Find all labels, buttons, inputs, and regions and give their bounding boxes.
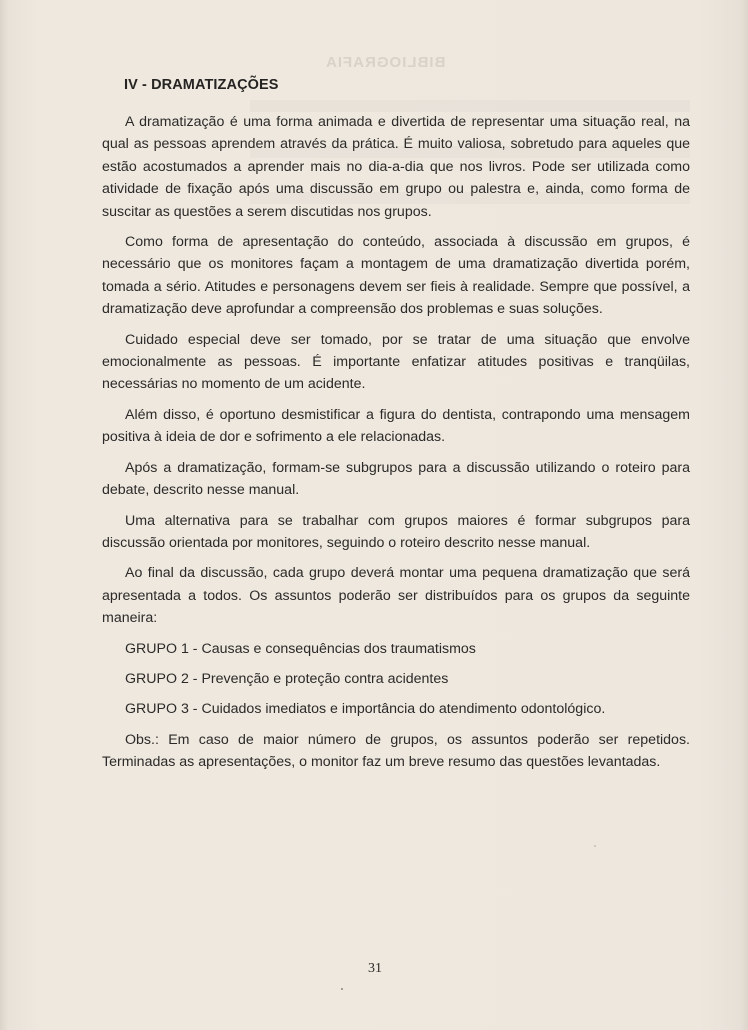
scan-speck <box>594 845 596 847</box>
scan-speck <box>341 988 343 990</box>
scan-speck <box>666 516 668 518</box>
paragraph: Uma alternativa para se trabalhar com gr… <box>102 510 690 555</box>
scanned-page: BIBLIOGRAFIA IV - DRAMATIZAÇÕES A dramat… <box>0 0 748 1030</box>
section-heading: IV - DRAMATIZAÇÕES <box>124 77 279 93</box>
group-list-item: GRUPO 1 - Causas e consequências dos tra… <box>102 638 690 660</box>
group-list-item: GRUPO 3 - Cuidados imediatos e importânc… <box>102 698 690 720</box>
paragraph: Após a dramatização, formam-se subgrupos… <box>102 457 690 502</box>
page-number: 31 <box>368 961 382 977</box>
note-paragraph: Obs.: Em caso de maior número de grupos,… <box>102 729 690 774</box>
paragraph: Cuidado especial deve ser tomado, por se… <box>102 329 690 396</box>
paragraph: Ao final da discussão, cada grupo deverá… <box>102 562 690 629</box>
document-body: A dramatização é uma forma animada e div… <box>102 111 690 782</box>
group-list-item: GRUPO 2 - Prevenção e proteção contra ac… <box>102 668 690 690</box>
paragraph: Como forma de apresentação do conteúdo, … <box>102 231 690 321</box>
paragraph: A dramatização é uma forma animada e div… <box>102 111 690 223</box>
paragraph: Além disso, é oportuno desmistificar a f… <box>102 404 690 449</box>
bleed-through-title: BIBLIOGRAFIA <box>325 54 445 71</box>
